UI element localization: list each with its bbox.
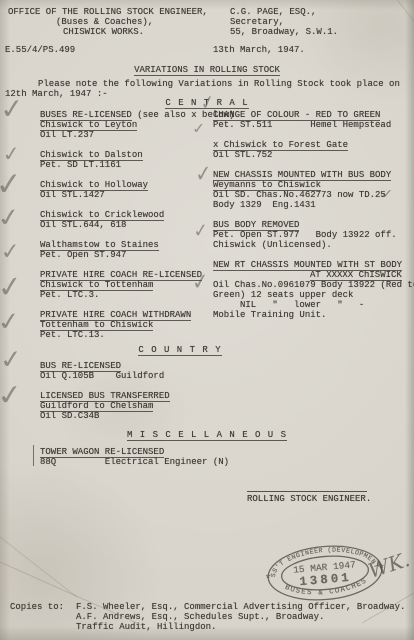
entry-detail: Oil SD. Chas.No.462773 now TD.25: [213, 190, 414, 200]
intro-paragraph: Please note the following Variations in …: [5, 79, 400, 99]
addressee-block: C.G. PAGE, ESQ., Secretary, 55, Broadway…: [230, 7, 338, 37]
variation-entry: PRIVATE HIRE COACH RE-LICENSED Chiswick …: [40, 270, 212, 300]
central-right-column: CHANGE OF COLOUR - RED TO GREEN Pet. ST.…: [213, 110, 414, 330]
entry-detail: Pet. LTC.3.: [40, 290, 212, 300]
signature-block: ROLLING STOCK ENGINEER.: [247, 491, 367, 504]
reference-number: E.55/4/PS.499: [5, 45, 75, 55]
tick-mark-icon: ✓: [0, 316, 22, 330]
entry-detail: Chiswick (Unlicensed).: [213, 240, 414, 250]
stamp-star-left-icon: *: [265, 574, 273, 587]
entry-detail: Pet. Open ST.977 Body 13922 off.: [213, 230, 414, 240]
variation-entry: Chiswick to Cricklewood Oil STL.644, 618: [40, 210, 212, 230]
handwritten-initials: WK.: [367, 554, 410, 576]
central-heading-text: C E N T R A L: [165, 98, 248, 109]
title-row: VARIATIONS IN ROLLING STOCK: [0, 65, 414, 75]
entry-detail: Green) 12 seats upper deck: [213, 290, 414, 300]
copies-block: Copies to: F.S. Wheeler, Esq., Commercia…: [10, 602, 405, 632]
country-heading-text: C O U N T R Y: [138, 345, 221, 356]
entry-detail: 88Q Electrical Engineer (N): [40, 457, 229, 467]
sender-office: OFFICE OF THE ROLLING STOCK ENGINEER,: [8, 7, 208, 17]
sender-works: CHISWICK WORKS.: [8, 27, 208, 37]
tick-mark-icon: ✓: [0, 388, 24, 403]
addressee-role: Secretary,: [230, 17, 338, 27]
addressee-address: 55, Broadway, S.W.1.: [230, 27, 338, 37]
addressee-name: C.G. PAGE, ESQ.,: [230, 7, 338, 17]
entry-detail: Oil LT.237: [40, 130, 212, 140]
tick-mark-icon: ✓: [0, 280, 23, 295]
document-date: 13th March, 1947.: [213, 45, 305, 55]
tick-mark-icon: ✓: [0, 178, 23, 192]
variation-entry: Chiswick to Holloway Oil STL.1427: [40, 180, 212, 200]
variation-entry: NEW CHASSIS MOUNTED WITH BUS BODY Weyman…: [213, 170, 414, 210]
entry-detail: Oil STL.1427: [40, 190, 212, 200]
section-heading-country: C O U N T R Y: [0, 345, 360, 355]
variation-entry: LICENSED BUS TRANSFERRED Guildford to Ch…: [40, 391, 170, 421]
signature-rule: [247, 491, 367, 492]
tick-mark-icon: ✓: [0, 212, 22, 226]
signature-title: ROLLING STOCK ENGINEER.: [247, 494, 367, 504]
tick-mark-icon: ✓: [0, 245, 21, 258]
paper-crease: [353, 0, 414, 38]
page-title: VARIATIONS IN ROLLING STOCK: [134, 65, 280, 76]
variation-entry: x Chiswick to Forest Gate Oil STL.752: [213, 140, 414, 160]
variation-entry: BUS RE-LICENSED Oil Q.105B Guildford: [40, 361, 170, 381]
entry-detail: NIL " lower " -: [213, 300, 414, 310]
entry-detail: Oil SD.C34B: [40, 411, 170, 421]
central-left-column: BUSES RE-LICENSED (see also x below) Chi…: [40, 110, 212, 350]
country-column: BUS RE-LICENSED Oil Q.105B Guildford LIC…: [40, 361, 170, 431]
miscellaneous-heading-text: M I S C E L L A N E O U S: [127, 430, 287, 441]
copies-line: Traffic Audit, Hillingdon.: [76, 622, 405, 632]
entry-detail: Pet. ST.511 Hemel Hempstead: [213, 120, 414, 130]
variation-entry: PRIVATE HIRE COACH WITHDRAWN Tottenham t…: [40, 310, 212, 340]
variation-entry: BUSES RE-LICENSED (see also x below) Chi…: [40, 110, 212, 140]
paper-crease: [0, 523, 78, 598]
sender-block: OFFICE OF THE ROLLING STOCK ENGINEER, (B…: [8, 7, 208, 37]
entry-detail: Oil STL.752: [213, 150, 414, 160]
entry-detail: Oil STL.644, 618: [40, 220, 212, 230]
entry-detail: Body 1329 Eng.1431: [213, 200, 414, 210]
copies-label: Copies to:: [10, 602, 76, 612]
margin-line: [33, 445, 34, 466]
variation-entry: CHANGE OF COLOUR - RED TO GREEN Pet. ST.…: [213, 110, 414, 130]
entry-detail: Pet. LTC.13.: [40, 330, 212, 340]
variation-entry: Walthamstow to Staines Pet. Open ST.947: [40, 240, 212, 260]
entry-detail: Pet. SD LT.1161: [40, 160, 212, 170]
copies-line: F.S. Wheeler, Esq., Commercial Advertisi…: [76, 602, 405, 612]
section-heading-miscellaneous: M I S C E L L A N E O U S: [0, 430, 414, 440]
entry-detail: Oil Q.105B Guildford: [40, 371, 170, 381]
entry-detail: Oil Chas.No.0961079 Body 13922 (Red to: [213, 280, 414, 290]
entry-detail: Mobile Training Unit.: [213, 310, 414, 320]
section-heading-central: C E N T R A L: [0, 98, 414, 108]
tick-mark-icon: ✓: [0, 354, 23, 368]
tick-mark-icon: ✓: [2, 148, 22, 161]
scanned-memo-page: OFFICE OF THE ROLLING STOCK ENGINEER, (B…: [0, 0, 414, 640]
miscellaneous-column: TOWER WAGON RE-LICENSED 88Q Electrical E…: [40, 447, 229, 477]
intro-line-1: Please note the following Variations in …: [5, 79, 400, 89]
variation-entry: BUS BODY REMOVED Pet. Open ST.977 Body 1…: [213, 220, 414, 250]
variation-entry: NEW RT CHASSIS MOUNTED WITH ST BODY AT X…: [213, 260, 414, 320]
sender-department: (Buses & Coaches),: [8, 17, 208, 27]
entry-detail: Pet. Open ST.947: [40, 250, 212, 260]
variation-entry: TOWER WAGON RE-LICENSED 88Q Electrical E…: [40, 447, 229, 467]
variation-entry: Chiswick to Dalston Pet. SD LT.1161: [40, 150, 212, 170]
